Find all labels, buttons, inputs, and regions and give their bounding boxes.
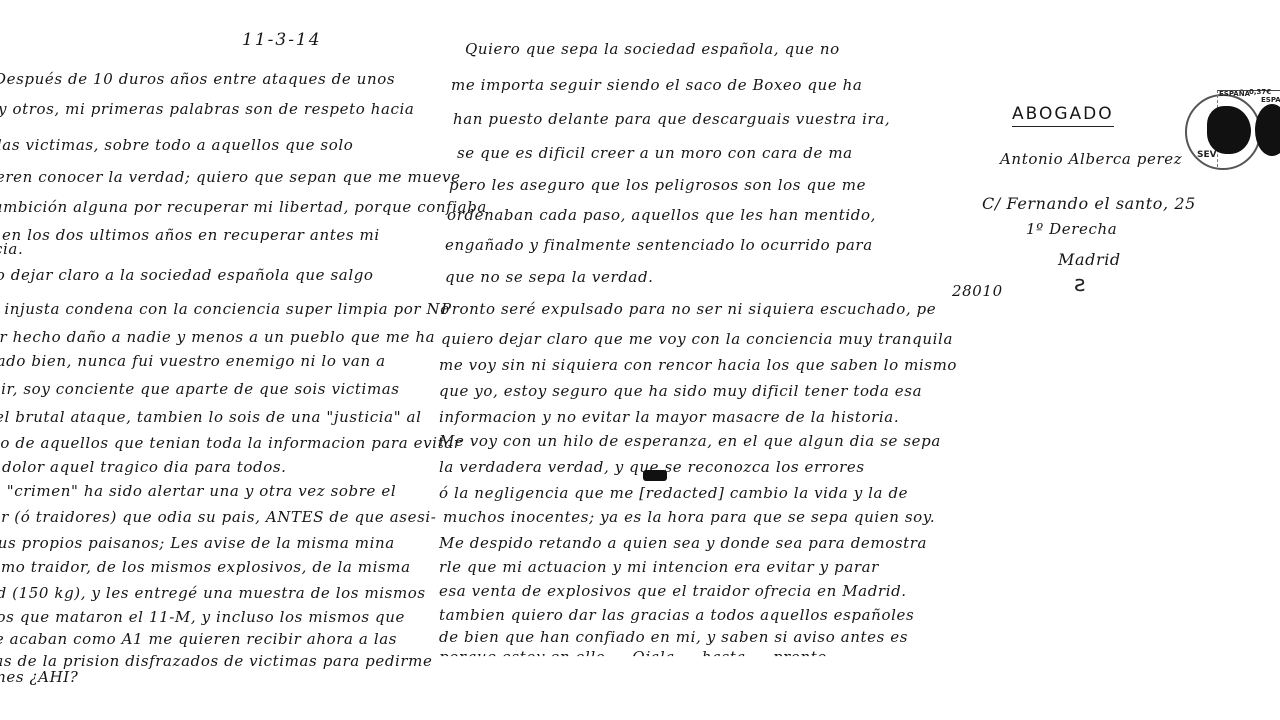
letter-line: que yo, estoy seguro que ha sido muy dif… [439, 382, 922, 400]
letter-line: Quiero que sepa la sociedad española, qu… [465, 40, 840, 58]
letter-line: Pronto seré expulsado para no ser ni siq… [441, 300, 936, 318]
ink-blot [1207, 106, 1251, 154]
letter-line: me importa seguir siendo el saco de Boxe… [451, 76, 862, 94]
letter-line: quiero dejar claro que me voy con la con… [441, 330, 953, 348]
letter-line: y otros, mi primeras palabras son de res… [0, 100, 414, 118]
letter-line: de bien que han confiado en mi, y saben … [439, 628, 908, 646]
letter-line: quieren conocer la verdad; quiero que se… [0, 168, 461, 186]
letter-line: muchos inocentes; ya es la hora para que… [443, 508, 935, 526]
postage-stamp: ESPAÑA 0,37€ ESPAÑA CORREOS SEV [1185, 86, 1280, 172]
letter-line: tratado bien, nunca fui vuestro enemigo … [0, 352, 386, 370]
envelope-heading: ABOGADO [1012, 104, 1114, 127]
letter-line: haber hecho daño a nadie y menos a un pu… [0, 328, 435, 346]
letter-line: me voy sin ni siquiera con rencor hacia … [439, 356, 957, 374]
letter-line: explicaciones ¿AHI? [0, 668, 78, 686]
letter-date: 11-3-14 [242, 30, 322, 50]
letter-line: ordenaban cada paso, aquellos que les ha… [447, 206, 876, 224]
letter-line: que no se sepa la verdad. [445, 268, 654, 286]
recipient-postcode: 28010 [952, 282, 1003, 300]
letter-line: ya en los dos ultimos años en recuperar … [0, 226, 380, 244]
letter-line: rle que mi actuacion y mi intencion era … [439, 558, 879, 576]
redacted-mark [643, 465, 667, 484]
letter-line: ninguna ambición alguna por recuperar mi… [0, 198, 487, 216]
letter-line: esa venta de explosivos que el traidor o… [439, 582, 907, 600]
letter-line: porque estoy en ello ... Ojala ... hasta… [439, 648, 827, 666]
letter-line: han puesto delante para que descarguais … [453, 110, 890, 128]
letter-page-left: 11-3-14 Después de 10 duros años entre a… [0, 0, 420, 720]
letter-line: de aquel brutal ataque, tambien lo sois … [0, 408, 422, 426]
letter-line: Después de 10 duros años entre ataques d… [0, 70, 395, 88]
letter-line: de esta injusta condena con la concienci… [0, 300, 450, 318]
recipient-floor: 1º Derecha [1026, 220, 1117, 238]
letter-line: explosivos que mataron el 11-M, y inclus… [0, 608, 405, 626]
letter-line: a las victimas, sobre todo a aquellos qu… [0, 136, 353, 154]
postmark-text: SEV [1197, 150, 1217, 160]
letter-line: informacion y no evitar la mayor masacre… [439, 408, 899, 426]
flourish-mark: ƨ [1074, 272, 1085, 297]
recipient-name: Antonio Alberca perez [1000, 150, 1182, 168]
recipient-city: Madrid [1058, 250, 1121, 269]
letter-line: me acaban como A1 me quieren recibir aho… [0, 630, 397, 648]
letter-line: del mismo traidor, de los mismos explosi… [0, 558, 411, 576]
letter-page-right: Quiero que sepa la sociedad española, qu… [435, 0, 890, 720]
letter-line: Me despido retando a quien sea y donde s… [439, 534, 927, 552]
letter-line: servicio de aquellos que tenian toda la … [0, 434, 462, 452]
letter-line: tanto dolor aquel tragico dia para todos… [0, 458, 287, 476]
letter-line: Quiero dejar claro a la sociedad español… [0, 266, 374, 284]
letter-line: traidor (ó traidores) que odia su pais, … [0, 508, 436, 526]
letter-line: pero les aseguro que los peligrosos son … [449, 176, 866, 194]
letter-line: inocencia. [0, 240, 23, 258]
letter-line: se que es dificil creer a un moro con ca… [457, 144, 853, 162]
letter-line: engañado y finalmente sentenciado lo ocu… [445, 236, 873, 254]
letter-line: tambien quiero dar las gracias a todos a… [439, 606, 914, 624]
letter-line: nara a sus propios paisanos; Les avise d… [0, 534, 395, 552]
letter-line: cantidad (150 kg), y les entregé una mue… [0, 584, 426, 602]
stamp-country-right: ESPAÑA [1261, 96, 1280, 104]
letter-line: conseguir, soy conciente que aparte de q… [0, 380, 400, 398]
stamp-country-left: ESPAÑA [1219, 90, 1250, 98]
stamp-price: 0,37€ [1249, 88, 1271, 96]
envelope: ABOGADO Antonio Alberca perez C/ Fernand… [930, 0, 1280, 720]
letter-line: Me voy con un hilo de esperanza, en el q… [439, 432, 941, 450]
letter-line: ó la negligencia que me [redacted] cambi… [439, 484, 908, 502]
recipient-street: C/ Fernando el santo, 25 [982, 194, 1196, 213]
letter-line: Mi "crimen" ha sido alertar una y otra v… [0, 482, 396, 500]
